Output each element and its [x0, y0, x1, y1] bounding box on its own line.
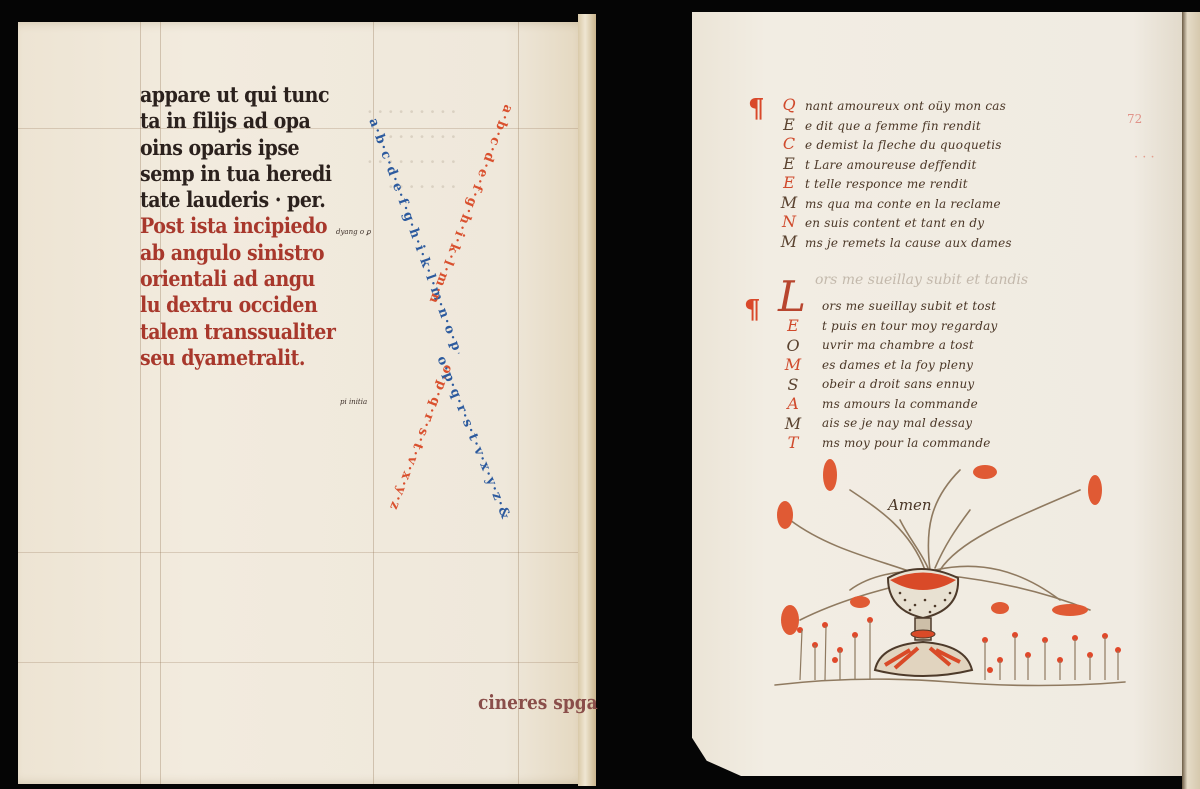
- verse-line: ms je remets la cause aux dames: [805, 234, 1145, 254]
- acrostic-initials: E O M S A M T: [780, 316, 806, 453]
- initial-letter: E: [776, 115, 802, 135]
- faded-trial-line: ors me sueillay subit et tandis: [815, 272, 1028, 288]
- initial-letter: C: [776, 134, 802, 154]
- initial-letter: A: [780, 394, 806, 414]
- initial-letter: E: [776, 173, 802, 193]
- verse-stanza-1: nant amoureux ont oüy mon cas e dit que …: [805, 97, 1145, 253]
- verse-line: t puis en tour moy regarday: [822, 317, 1162, 337]
- paraph-mark: ¶: [748, 94, 765, 124]
- verse-line: e dit que a femme fin rendit: [805, 117, 1145, 137]
- initial-letter: N: [776, 212, 802, 232]
- initial-letter: M: [776, 193, 802, 213]
- initial-letter: O: [780, 336, 806, 356]
- initial-letter: Q: [776, 95, 802, 115]
- ruling-line: [18, 662, 590, 663]
- latin-text-block: appare ut qui tunc ta in filijs ad opa o…: [140, 82, 340, 371]
- verse-line: en suis content et tant en dy: [805, 214, 1145, 234]
- flower-vase-illustration: Amen: [760, 450, 1140, 700]
- drawing-caption: Amen: [886, 496, 932, 514]
- ruling-line: [518, 22, 519, 784]
- text-line: ta in filijs ad opa: [140, 106, 340, 136]
- verse-line: uvrir ma chambre a tost: [822, 336, 1162, 356]
- verse-line: nant amoureux ont oüy mon cas: [805, 97, 1145, 117]
- verse-line: ais se je nay mal dessay: [822, 414, 1162, 434]
- initial-letter: M: [776, 232, 802, 252]
- ruling-line: [18, 552, 590, 553]
- rubric-line: seu dyametralit.: [140, 343, 340, 373]
- acrostic-initials: Q E C E E M N M: [776, 95, 802, 251]
- verse-line: ms qua ma conte en la reclame: [805, 195, 1145, 215]
- verse-line: obeir a droit sans ennuy: [822, 375, 1162, 395]
- verse-stanza-2: ors me sueillay subit et tost t puis en …: [822, 297, 1162, 453]
- verse-line: es dames et la foy pleny: [822, 356, 1162, 376]
- marginal-note: pi initia: [340, 398, 367, 406]
- initial-letter: E: [780, 316, 806, 336]
- vase: [875, 569, 972, 676]
- verse-line: t telle responce me rendit: [805, 175, 1145, 195]
- initial-letter: S: [780, 375, 806, 395]
- right-page-edge: [1182, 12, 1200, 789]
- verse-line: ors me sueillay subit et tost: [822, 297, 1162, 317]
- initial-letter: M: [780, 414, 806, 434]
- verse-line: t Lare amoureuse deffendit: [805, 156, 1145, 176]
- paraph-mark: ¶: [744, 295, 761, 325]
- catchword: cineres spga: [478, 692, 598, 715]
- decorated-initial: L: [778, 272, 806, 321]
- left-page-edge: [578, 14, 596, 786]
- verse-line: e demist la fleche du quoquetis: [805, 136, 1145, 156]
- verse-line: ms amours la commande: [822, 395, 1162, 415]
- initial-letter: E: [776, 154, 802, 174]
- initial-letter: M: [780, 355, 806, 375]
- marginal-note: dyang o ꝑ: [336, 228, 371, 236]
